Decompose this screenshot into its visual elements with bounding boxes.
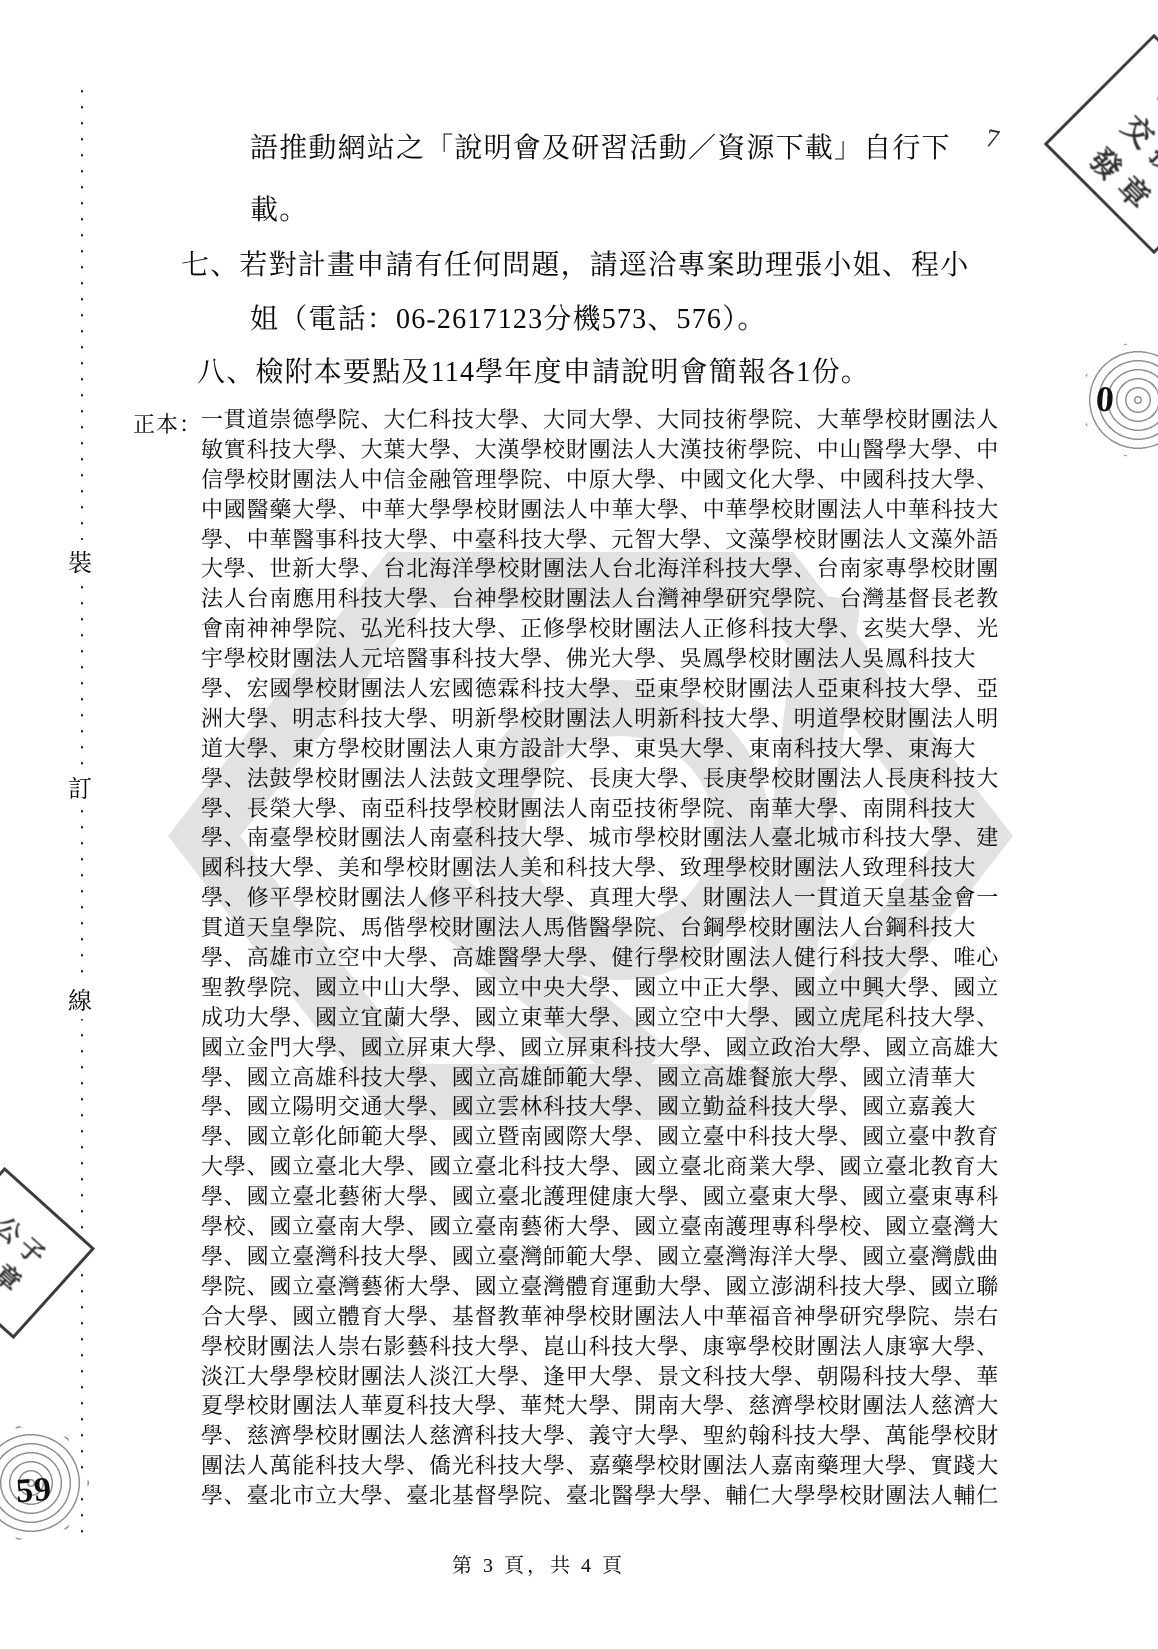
pen-mark: 7 <box>983 123 1002 155</box>
recipient-line: 貫道天皇學院、馬偕學校財團法人馬偕醫學院、台鋼學校財團法人台鋼科技大 <box>201 913 999 943</box>
recipient-line: 會南神神學院、弘光科技大學、正修學校財團法人正修科技大學、玄奘大學、光 <box>201 614 999 644</box>
recipient-line: 大學、世新大學、台北海洋學校財團法人台北海洋科技大學、台南家專學校財團 <box>201 554 999 584</box>
item-seven-line-1: 七、若對計畫申請有任何問題，請逕洽專案助理張小姐、程小 <box>181 243 969 283</box>
recipient-line: 學、國立臺北藝術大學、國立臺北護理健康大學、國立臺東大學、國立臺東專科 <box>201 1182 999 1212</box>
rosette-mark-right <box>1080 342 1158 458</box>
recipient-line: 學院、國立臺灣藝術大學、國立臺灣體育運動大學、國立澎湖科技大學、國立聯 <box>201 1272 999 1302</box>
item-seven-line-2: 姐（電話：06-2617123分機573、576）。 <box>250 297 767 337</box>
rosette-number-right: 0 <box>1095 377 1116 420</box>
recipient-line: 學、國立陽明交通大學、國立雲林科技大學、國立勤益科技大學、國立嘉義大 <box>201 1092 999 1122</box>
rosette-number-bottom-left: 59 <box>15 1471 54 1511</box>
continuation-line-2: 載。 <box>250 188 308 228</box>
recipient-line: 團法人萬能科技大學、僑光科技大學、嘉藥學校財團法人嘉南藥理大學、實踐大 <box>201 1451 999 1481</box>
recipient-line: 學、中華醫事科技大學、中臺科技大學、元智大學、文藻學校財團法人文藻外語 <box>201 525 999 555</box>
binding-char-zhuang: 裝 <box>68 540 92 581</box>
recipient-line: 一貫道崇德學院、大仁科技大學、大同大學、大同技術學院、大華學校財團法人 <box>201 405 999 435</box>
recipient-line: 中國醫藥大學、中華大學學校財團法人中華大學、中華學校財團法人中華科技大 <box>201 495 999 525</box>
recipient-line: 淡江大學學校財團法人淡江大學、逢甲大學、景文科技大學、朝陽科技大學、華 <box>201 1362 999 1392</box>
recipient-line: 聖教學院、國立中山大學、國立中央大學、國立中正大學、國立中興大學、國立 <box>201 973 999 1003</box>
binding-dotted-line <box>81 90 83 1533</box>
recipient-line: 夏學校財團法人華夏科技大學、華梵大學、開南大學、慈濟學校財團法人慈濟大 <box>201 1391 999 1421</box>
recipient-line: 學、法鼓學校財團法人法鼓文理學院、長庚大學、長庚學校財團法人長庚科技大 <box>201 764 999 794</box>
binding-char-xian: 線 <box>68 978 92 1019</box>
recipient-line: 學、南臺學校財團法人南臺科技大學、城市學校財團法人臺北城市科技大學、建 <box>201 823 999 853</box>
continuation-line-1: 語推動網站之「說明會及研習活動／資源下載」自行下 <box>250 126 951 166</box>
recipient-line: 學、慈濟學校財團法人慈濟科技大學、義守大學、聖約翰科技大學、萬能學校財 <box>201 1421 999 1451</box>
recipient-line: 信學校財團法人中信金融管理學院、中原大學、中國文化大學、中國科技大學、 <box>201 465 999 495</box>
recipient-list: 一貫道崇德學院、大仁科技大學、大同大學、大同技術學院、大華學校財團法人 敏實科技… <box>201 405 999 1511</box>
recipient-line: 成功大學、國立宜蘭大學、國立東華大學、國立空中大學、國立虎尾科技大學、 <box>201 1003 999 1033</box>
recipient-line: 學、宏國學校財團法人宏國德霖科技大學、亞東學校財團法人亞東科技大學、亞 <box>201 674 999 704</box>
binding-char-ding: 訂 <box>68 766 92 807</box>
recipient-line: 敏實科技大學、大葉大學、大漢學校財團法人大漢技術學院、中山醫學大學、中 <box>201 435 999 465</box>
recipient-line: 洲大學、明志科技大學、明新學校財團法人明新科技大學、明道學校財團法人明 <box>201 704 999 734</box>
recipient-line: 大學、國立臺北大學、國立臺北科技大學、國立臺北商業大學、國立臺北教育大 <box>201 1152 999 1182</box>
exchange-stamp-top-right-text: 電文交換發章 <box>1081 71 1158 217</box>
recipients-label: 正本： <box>133 408 202 439</box>
page-number-footer: 第 3 頁，共 4 頁 <box>452 1549 625 1578</box>
recipient-line: 學、修平學校財團法人修平科技大學、真理大學、財團法人一貫道天皇基金會一 <box>201 883 999 913</box>
exchange-stamp-left-text: 公子換章 <box>0 1208 54 1299</box>
recipient-line: 國立金門大學、國立屏東大學、國立屏東科技大學、國立政治大學、國立高雄大 <box>201 1033 999 1063</box>
scanned-official-document-page: 裝 訂 線 語推動網站之「說明會及研習活動／資源下載」自行下 載。 七、若對計畫… <box>0 0 1158 1649</box>
recipient-line: 學、臺北市立大學、臺北基督學院、臺北醫學大學、輔仁大學學校財團法人輔仁 <box>201 1481 999 1511</box>
recipient-line: 法人台南應用科技大學、台神學校財團法人台灣神學研究學院、台灣基督長老教 <box>201 584 999 614</box>
recipient-line: 學校、國立臺南大學、國立臺南藝術大學、國立臺南護理專科學校、國立臺灣大 <box>201 1212 999 1242</box>
recipient-line: 學、國立彰化師範大學、國立暨南國際大學、國立臺中科技大學、國立臺中教育 <box>201 1122 999 1152</box>
recipient-line: 學、長榮大學、南亞科技學校財團法人南亞技術學院、南華大學、南開科技大 <box>201 794 999 824</box>
exchange-stamp-top-right: 電文交換發章 <box>1044 34 1158 255</box>
recipient-line: 學、國立高雄科技大學、國立高雄師範大學、國立高雄餐旅大學、國立清華大 <box>201 1063 999 1093</box>
recipient-line: 道大學、東方學校財團法人東方設計大學、東吳大學、東南科技大學、東海大 <box>201 734 999 764</box>
recipient-line: 合大學、國立體育大學、基督教華神學校財團法人中華福音神學研究學院、崇右 <box>201 1302 999 1332</box>
recipient-line: 國科技大學、美和學校財團法人美和科技大學、致理學校財團法人致理科技大 <box>201 853 999 883</box>
item-eight-line: 八、檢附本要點及114學年度申請說明會簡報各1份。 <box>197 350 870 390</box>
recipient-line: 學、國立臺灣科技大學、國立臺灣師範大學、國立臺灣海洋大學、國立臺灣戲曲 <box>201 1242 999 1272</box>
recipient-line: 宇學校財團法人元培醫事科技大學、佛光大學、吳鳳學校財團法人吳鳳科技大 <box>201 644 999 674</box>
recipient-line: 學校財團法人崇右影藝科技大學、崑山科技大學、康寧學校財團法人康寧大學、 <box>201 1332 999 1362</box>
recipient-line: 學、高雄市立空中大學、高雄醫學大學、健行學校財團法人健行科技大學、唯心 <box>201 943 999 973</box>
